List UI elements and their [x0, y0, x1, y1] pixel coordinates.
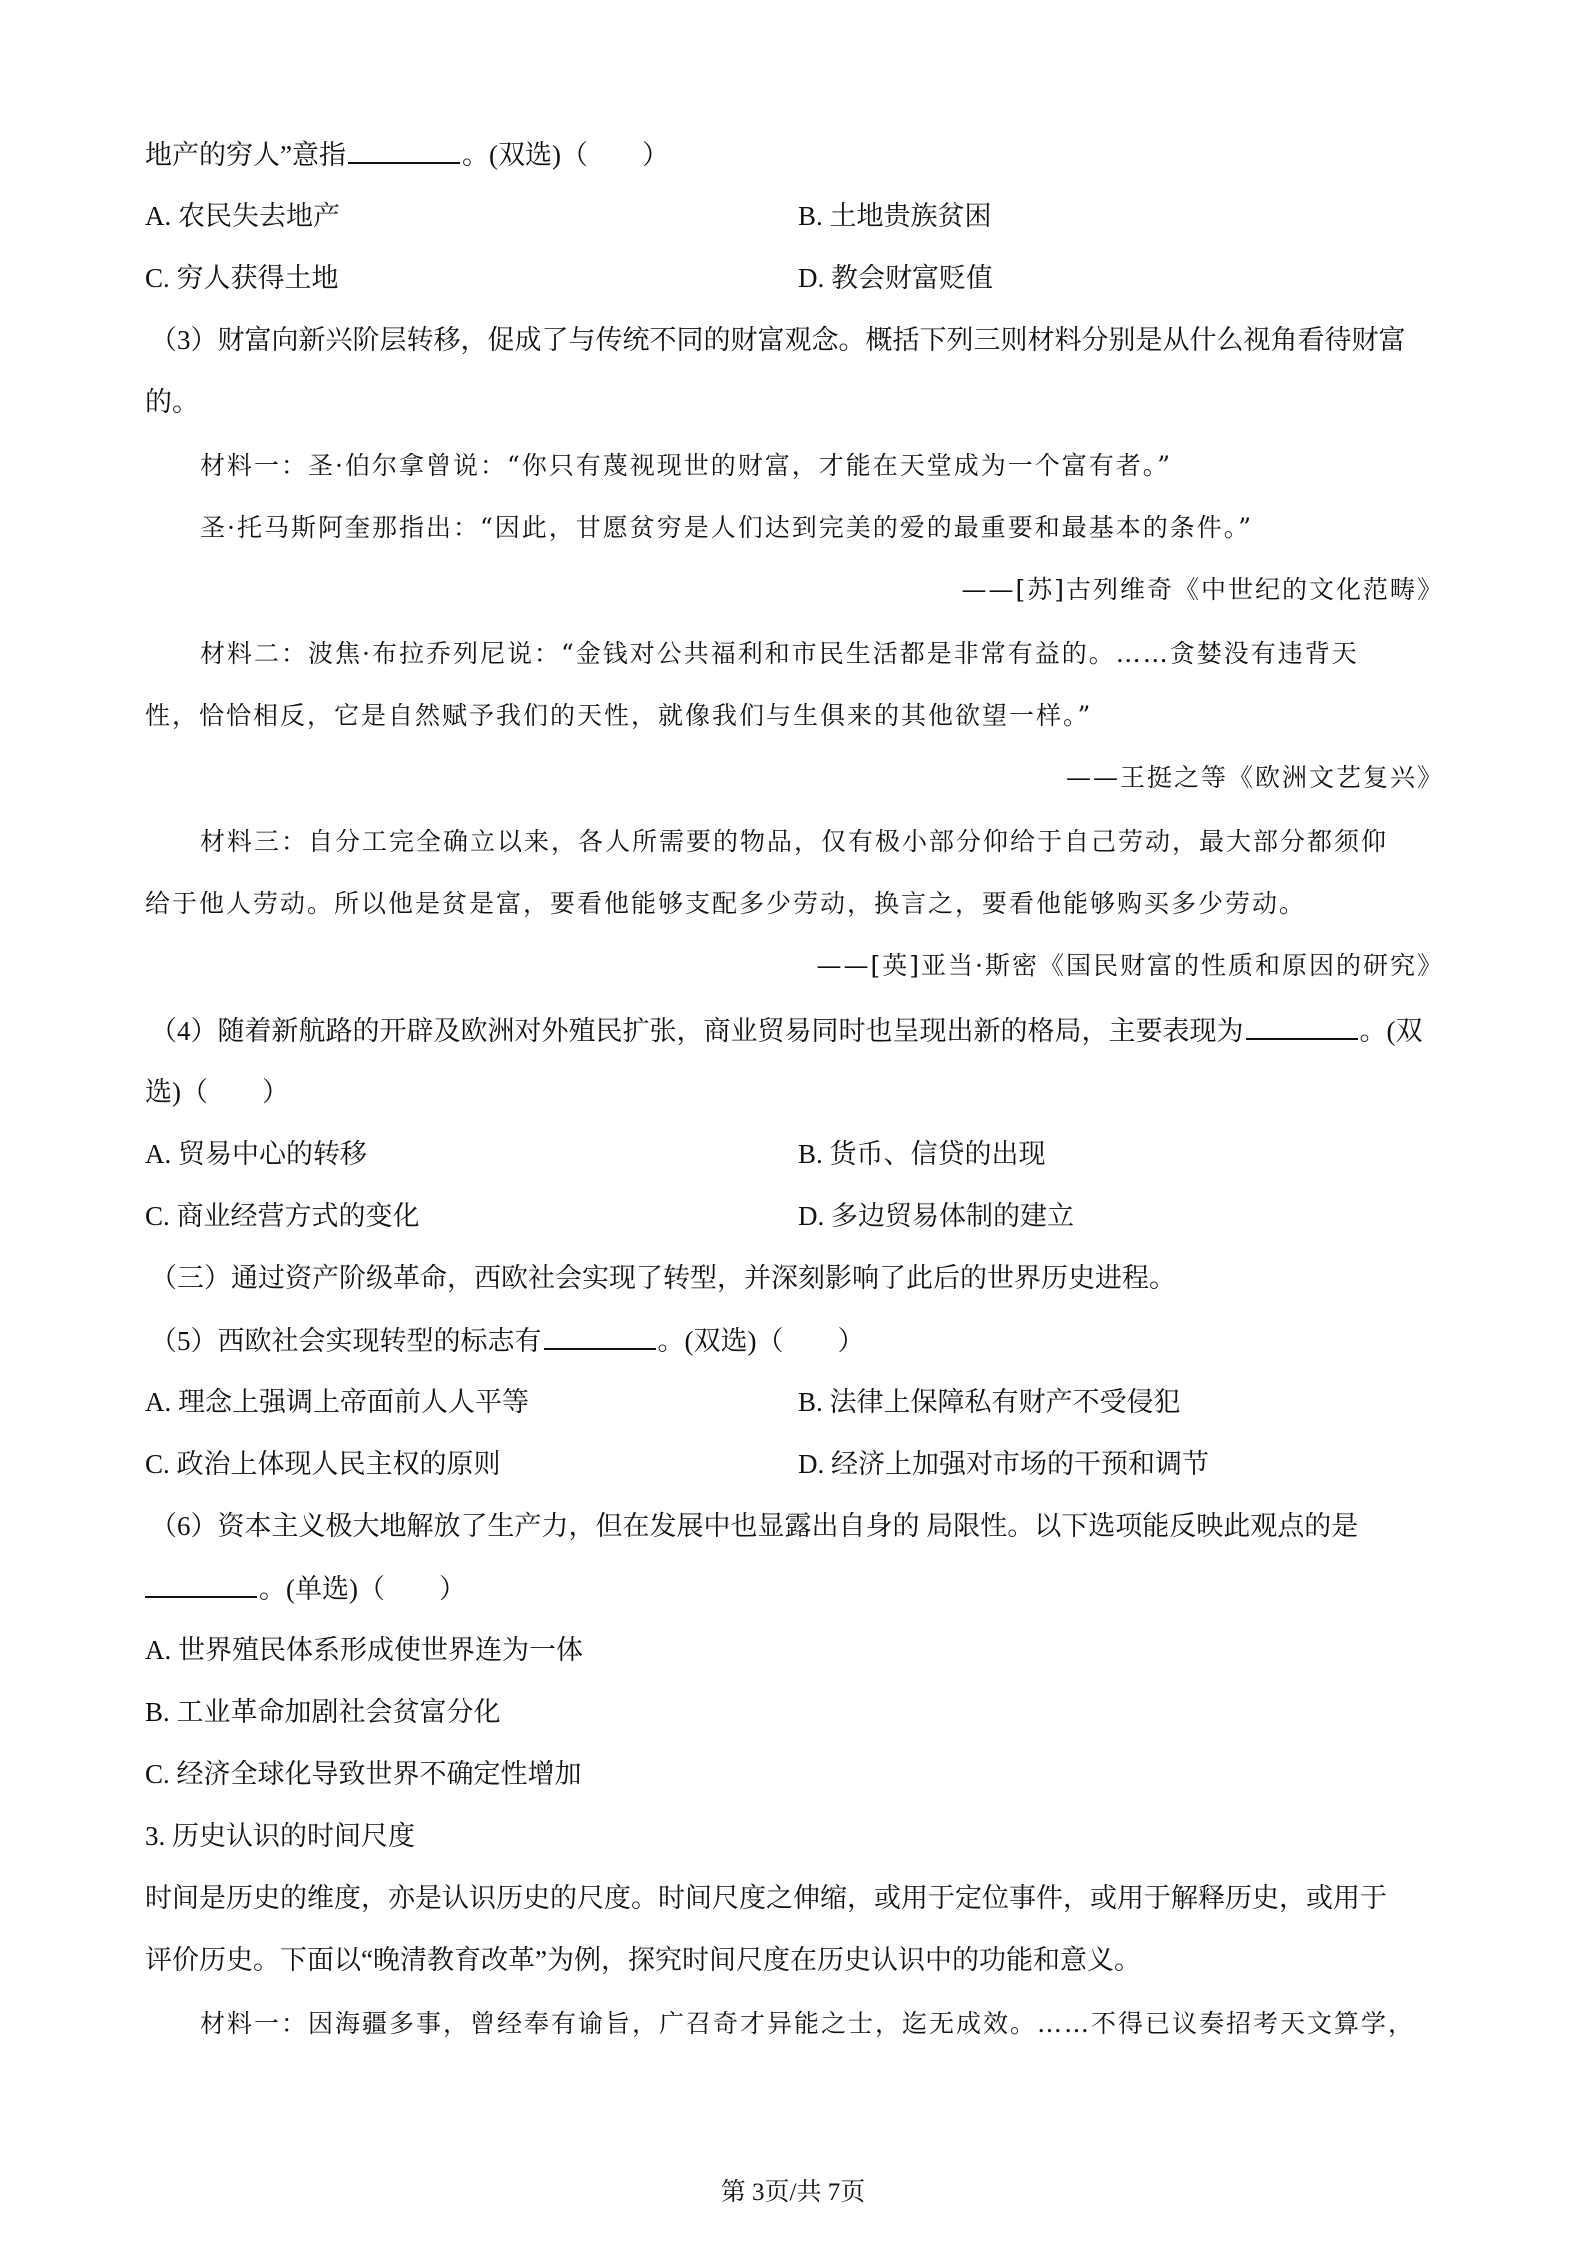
option-text: 经济上加强对市场的干预和调节 [831, 1449, 1209, 1479]
material2-line2: 性，恰恰相反，它是自然赋予我们的天性，就像我们与生俱来的其他欲望一样。” [145, 698, 1092, 734]
option-text: 土地贵族贫困 [830, 201, 992, 231]
answer-blank[interactable] [145, 1570, 257, 1598]
q4-stem-line2: 选)（ ） [145, 1074, 289, 1110]
option-text: 世界殖民体系形成使世界连为一体 [178, 1635, 583, 1665]
option-label: B. [798, 201, 823, 231]
answer-blank[interactable] [348, 136, 460, 164]
stem-text: （4）随着新航路的开辟及欧洲对外殖民扩张，商业贸易同时也呈现出新的格局，主要表现… [150, 1016, 1244, 1046]
option-b[interactable]: B. 土地贵族贫困 [798, 198, 992, 234]
option-label: A. [145, 201, 171, 231]
option-text: 法律上保障私有财产不受侵犯 [830, 1387, 1181, 1417]
q3-stem-line2: 的。 [145, 384, 199, 420]
option-a[interactable]: A. 贸易中心的转移 [145, 1136, 367, 1172]
option-text: 穷人获得土地 [177, 263, 339, 293]
option-label: C. [145, 1759, 170, 1789]
answer-blank[interactable] [1246, 1012, 1358, 1040]
option-text: 农民失去地产 [178, 201, 340, 231]
stem-text: （5）西欧社会实现转型的标志有 [150, 1326, 542, 1356]
option-text: 工业革命加剧社会贫富分化 [177, 1697, 501, 1727]
option-label: B. [145, 1697, 170, 1727]
option-text: 政治上体现人民主权的原则 [177, 1449, 501, 1479]
option-a[interactable]: A. 世界殖民体系形成使世界连为一体 [145, 1632, 583, 1668]
option-label: D. [798, 1449, 824, 1479]
material3-line2: 给于他人劳动。所以他是贫是富，要看他能够支配多少劳动，换言之，要看他能够购买多少… [145, 886, 1306, 922]
material1-line1: 材料一：因海疆多事，曾经奉有谕旨，广召奇才异能之士，迄无成效。……不得已议奏招考… [200, 2006, 1415, 2042]
option-label: D. [798, 1201, 824, 1231]
option-label: C. [145, 263, 170, 293]
page-number: 第 3页/共 7页 [0, 2172, 1586, 2208]
option-label: A. [145, 1635, 171, 1665]
option-d[interactable]: D. 经济上加强对市场的干预和调节 [798, 1446, 1209, 1482]
option-label: D. [798, 263, 824, 293]
option-text: 经济全球化导致世界不确定性增加 [177, 1759, 582, 1789]
section-heading: （三）通过资产阶级革命，西欧社会实现了转型，并深刻影响了此后的世界历史进程。 [150, 1260, 1176, 1296]
option-d[interactable]: D. 教会财富贬值 [798, 260, 993, 296]
option-text: 贸易中心的转移 [178, 1139, 367, 1169]
option-b[interactable]: B. 法律上保障私有财产不受侵犯 [798, 1384, 1181, 1420]
option-label: B. [798, 1139, 823, 1169]
option-label: A. [145, 1387, 171, 1417]
option-b[interactable]: B. 工业革命加剧社会贫富分化 [145, 1694, 501, 1730]
answer-blank[interactable] [544, 1322, 656, 1350]
question-title: 3. 历史认识的时间尺度 [145, 1818, 415, 1854]
material2-line1: 材料二：波焦·布拉乔列尼说：“金钱对公共福利和市民生活都是非常有益的。……贪婪没… [200, 636, 1359, 672]
option-label: C. [145, 1201, 170, 1231]
stem-suffix: 。(单选)（ ） [259, 1574, 466, 1604]
material2-source: ——王挺之等《欧洲文艺复兴》 [1066, 760, 1444, 796]
option-c[interactable]: C. 经济全球化导致世界不确定性增加 [145, 1756, 582, 1792]
q6-stem-line1: （6）资本主义极大地解放了生产力，但在发展中也显露出自身的 局限性。以下选项能反… [150, 1508, 1358, 1544]
option-c[interactable]: C. 政治上体现人民主权的原则 [145, 1446, 501, 1482]
material1-quote2: 圣·托马斯阿奎那指出：“因此，甘愿贫穷是人们达到完美的爱的最重要和最基本的条件。… [200, 510, 1253, 546]
question-stem: 地产的穷人”意指。(双选)（ ） [145, 136, 669, 173]
option-text: 教会财富贬值 [831, 263, 993, 293]
option-label: B. [798, 1387, 823, 1417]
material3-source: ——[英]亚当·斯密《国民财富的性质和原因的研究》 [817, 948, 1444, 984]
option-text: 多边贸易体制的建立 [831, 1201, 1074, 1231]
stem-suffix: 。(双选)（ ） [658, 1326, 865, 1356]
stem-suffix: 。(双 [1360, 1016, 1423, 1046]
option-c[interactable]: C. 商业经营方式的变化 [145, 1198, 420, 1234]
question-intro-line2: 评价历史。下面以“晚清教育改革”为例，探究时间尺度在历史认识中的功能和意义。 [145, 1942, 1141, 1978]
material1-source: ——[苏]古列维奇《中世纪的文化范畴》 [961, 572, 1444, 608]
material3-line1: 材料三：自分工完全确立以来，各人所需要的物品，仅有极小部分仰给于自己劳动，最大部… [200, 824, 1388, 860]
q3-stem-line1: （3）财富向新兴阶层转移，促成了与传统不同的财富观念。概括下列三则材料分别是从什… [150, 322, 1406, 358]
material1-quote1: 材料一：圣·伯尔拿曾说：“你只有蔑视现世的财富，才能在天堂成为一个富有者。” [200, 448, 1172, 484]
option-label: C. [145, 1449, 170, 1479]
stem-suffix: 。(双选)（ ） [462, 140, 669, 170]
option-a[interactable]: A. 农民失去地产 [145, 198, 340, 234]
q6-stem-line2: 。(单选)（ ） [145, 1570, 466, 1607]
question-intro-line1: 时间是历史的维度，亦是认识历史的尺度。时间尺度之伸缩，或用于定位事件，或用于解释… [145, 1880, 1387, 1916]
q4-stem-line1: （4）随着新航路的开辟及欧洲对外殖民扩张，商业贸易同时也呈现出新的格局，主要表现… [150, 1012, 1423, 1049]
q5-stem: （5）西欧社会实现转型的标志有。(双选)（ ） [150, 1322, 864, 1359]
option-d[interactable]: D. 多边贸易体制的建立 [798, 1198, 1074, 1234]
option-text: 商业经营方式的变化 [177, 1201, 420, 1231]
option-text: 理念上强调上帝面前人人平等 [178, 1387, 529, 1417]
option-b[interactable]: B. 货币、信贷的出现 [798, 1136, 1046, 1172]
option-c[interactable]: C. 穷人获得土地 [145, 260, 339, 296]
option-text: 货币、信贷的出现 [830, 1139, 1046, 1169]
option-a[interactable]: A. 理念上强调上帝面前人人平等 [145, 1384, 529, 1420]
option-label: A. [145, 1139, 171, 1169]
stem-text: 地产的穷人”意指 [145, 140, 346, 170]
